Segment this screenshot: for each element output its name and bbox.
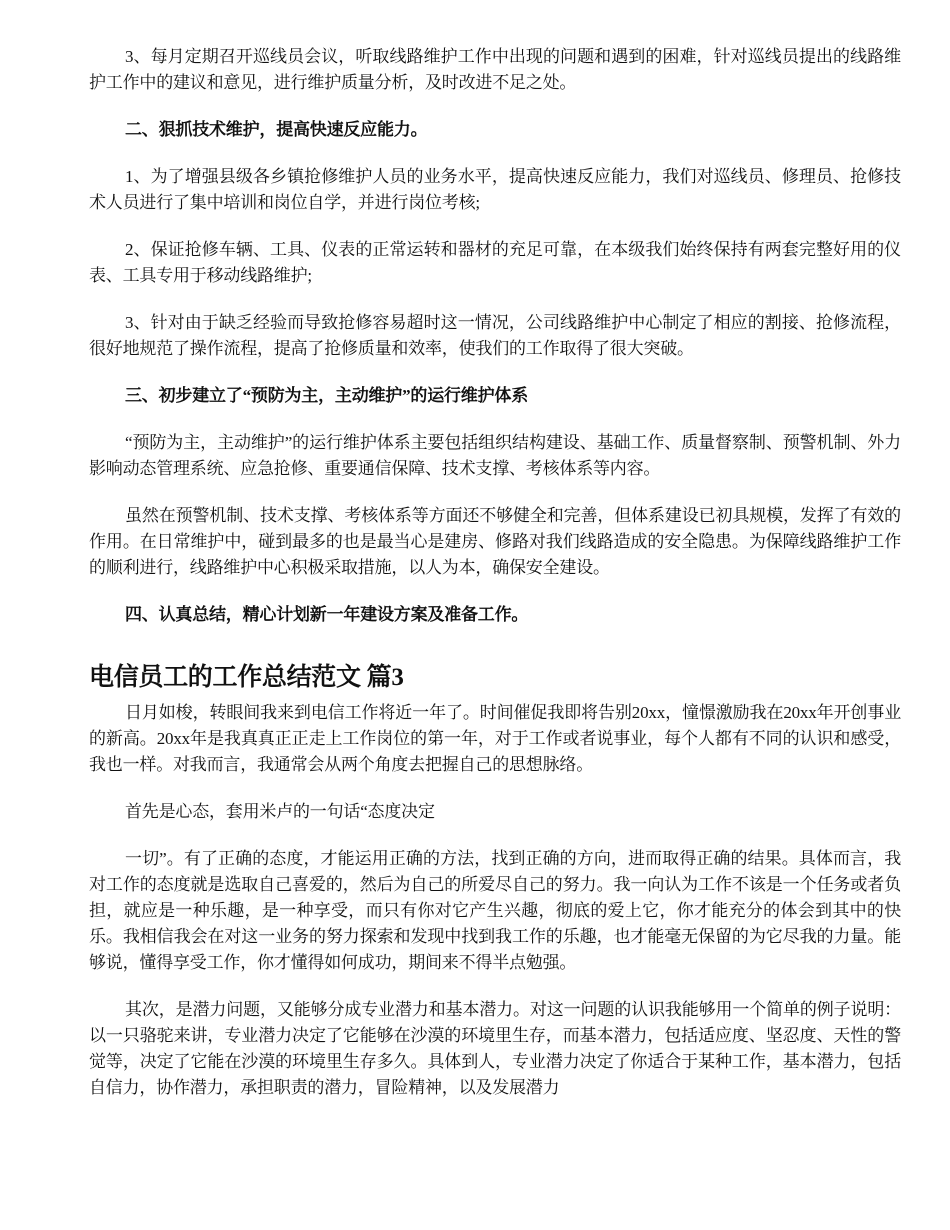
paragraph-attitude-lead: 首先是心态，套用米卢的一句话“态度决定	[89, 799, 901, 825]
paragraph-process: 3、针对由于缺乏经验而导致抢修容易超时这一情况，公司线路维护中心制定了相应的割接…	[89, 310, 901, 362]
paragraph-system: “预防为主，主动维护”的运行维护体系主要包括组织结构建设、基础工作、质量督察制、…	[89, 430, 901, 482]
paragraph-progress: 虽然在预警机制、技术支撑、考核体系等方面还不够健全和完善，但体系建设已初具规模，…	[89, 503, 901, 581]
paragraph-training: 1、为了增强县级各乡镇抢修维护人员的业务水平，提高快速反应能力，我们对巡线员、修…	[89, 164, 901, 216]
section-heading-3: 三、初步建立了“预防为主，主动维护”的运行维护体系	[89, 383, 901, 409]
section-heading-2: 二、狠抓技术维护，提高快速反应能力。	[89, 117, 901, 143]
article-title: 电信员工的工作总结范文 篇3	[89, 662, 901, 694]
document-page: 3、每月定期召开巡线员会议，听取线路维护工作中出现的问题和遇到的困难，针对巡线员…	[89, 44, 901, 1122]
paragraph-equipment: 2、保证抢修车辆、工具、仪表的正常运转和器材的充足可靠，在本级我们始终保持有两套…	[89, 237, 901, 289]
section-heading-4: 四、认真总结，精心计划新一年建设方案及准备工作。	[89, 602, 901, 628]
paragraph-potential: 其次，是潜力问题，又能够分成专业潜力和基本潜力。对这一问题的认识我能够用一个简单…	[89, 997, 901, 1101]
paragraph-meeting: 3、每月定期召开巡线员会议，听取线路维护工作中出现的问题和遇到的困难，针对巡线员…	[89, 44, 901, 96]
paragraph-intro: 日月如梭，转眼间我来到电信工作将近一年了。时间催促我即将告别20xx，憧憬激励我…	[89, 700, 901, 778]
paragraph-attitude: 一切”。有了正确的态度，才能运用正确的方法，找到正确的方向，进而取得正确的结果。…	[89, 846, 901, 976]
